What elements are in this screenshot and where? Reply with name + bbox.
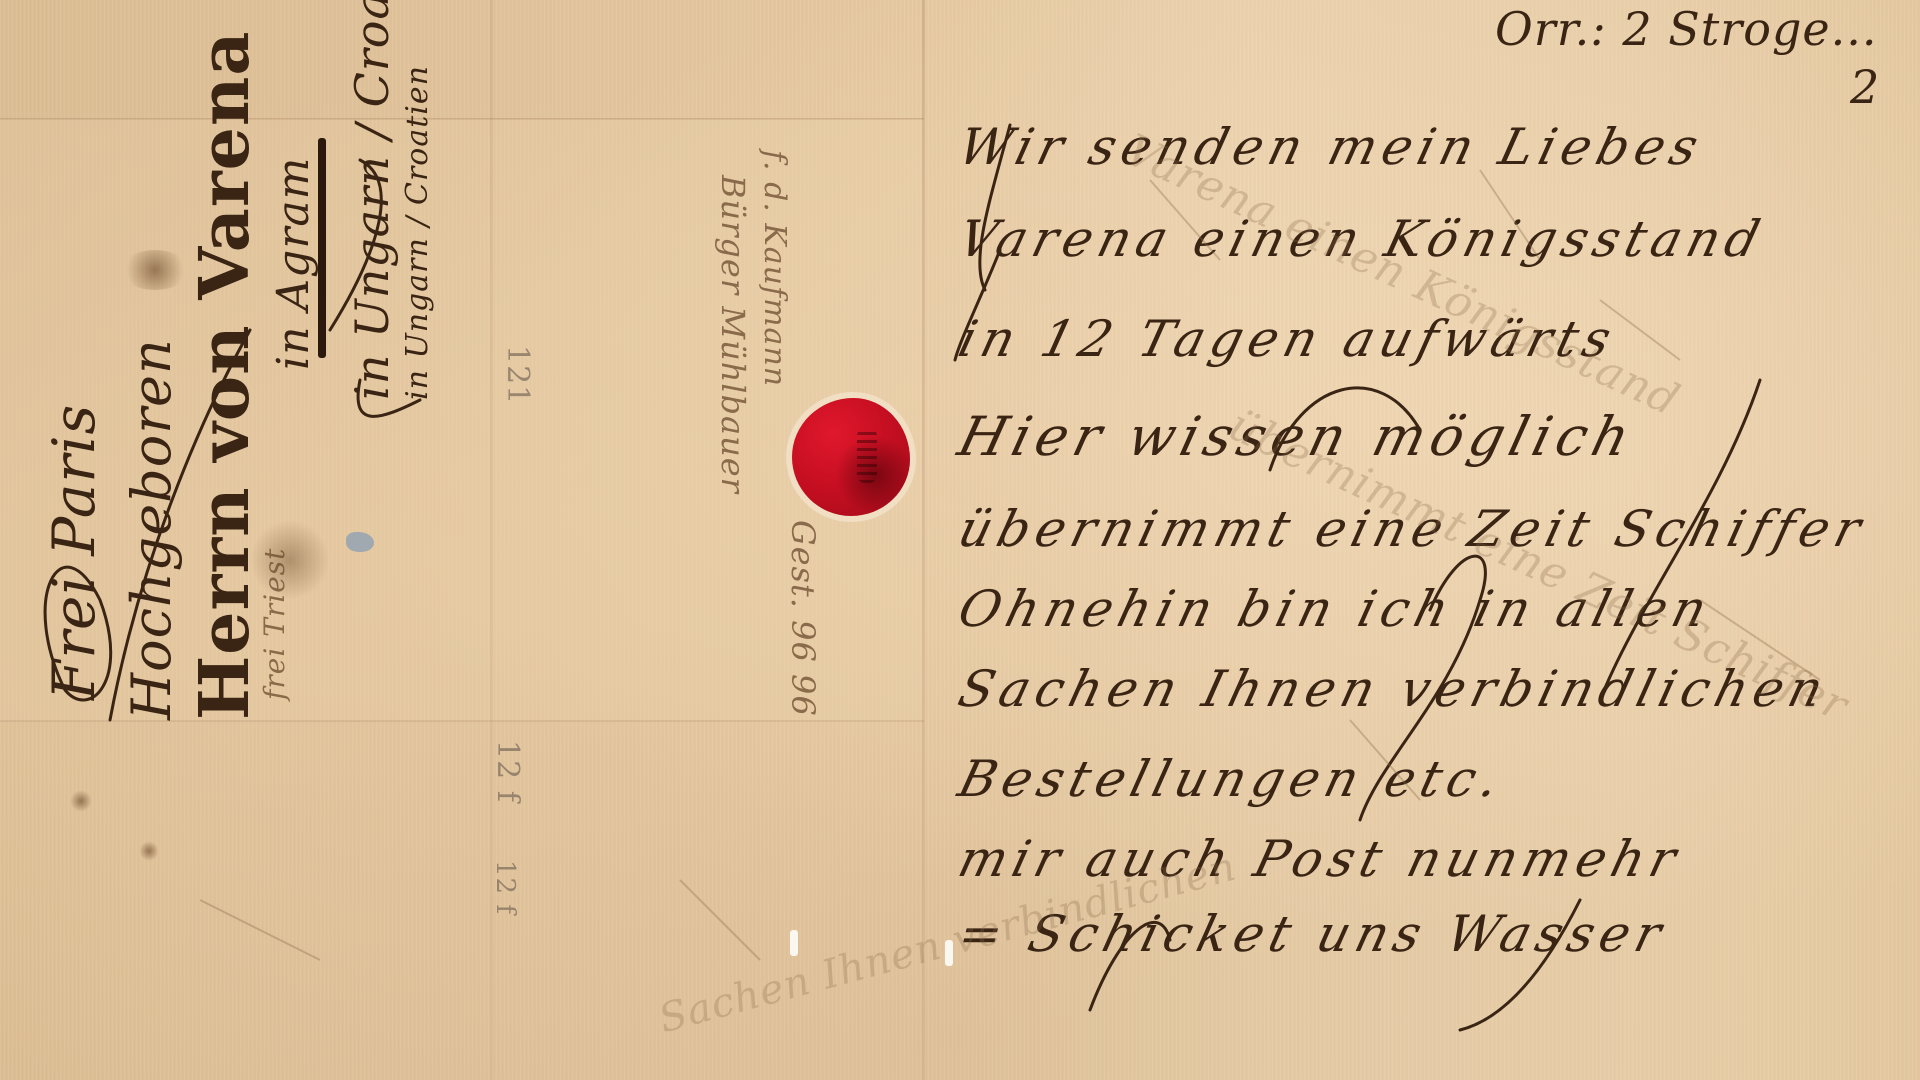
address-line-5: in Ungarn / Croatien: [345, 0, 399, 400]
paper-tear: [346, 532, 374, 552]
ink-spot: [140, 840, 158, 862]
letter-line-9: mir auch Post nunmehr: [953, 830, 1688, 888]
pencil-mark: 12 f: [490, 740, 525, 803]
photo-glare: [790, 930, 798, 956]
strikethrough: [318, 138, 326, 358]
page-number: 2: [1850, 60, 1880, 114]
letter-line-8: Bestellungen etc.: [953, 750, 1511, 808]
photo-glare: [945, 940, 953, 966]
fold-crease-top: [0, 118, 924, 120]
ink-stain: [120, 250, 190, 290]
address-line-3: Herrn von Varena: [185, 31, 265, 720]
address-line-1: Frei Paris: [40, 404, 108, 700]
header-note: Orr.: 2 Stroge...: [1495, 2, 1877, 56]
red-wax-seal: [792, 398, 910, 516]
address-line-4: in Agram: [268, 157, 319, 370]
ink-spot: [70, 790, 92, 812]
postal-note-line-3: Gest. 96 96: [784, 520, 822, 717]
pencil-mark: 121: [500, 345, 535, 405]
fold-crease-vertical: [922, 0, 925, 1080]
letter-line-1: Wir senden mein Liebes: [953, 118, 1710, 176]
postal-note-line-2: Bürger Mühlbauer: [714, 175, 752, 494]
fold-crease-bottom: [0, 720, 924, 722]
fold-crease-inner: [490, 0, 493, 1080]
pencil-mark: 12 f: [490, 860, 520, 915]
address-line-2: Hochgeboren: [120, 338, 183, 720]
smudged-note: frei Triest: [258, 548, 291, 700]
address-note: in Ungarn / Croatien: [400, 65, 435, 400]
letter-photograph: Orr.: 2 Stroge... 2 Frei Paris Hochgebor…: [0, 0, 1920, 1080]
postal-note-line-1: f. d. Kaufmann: [757, 150, 792, 387]
